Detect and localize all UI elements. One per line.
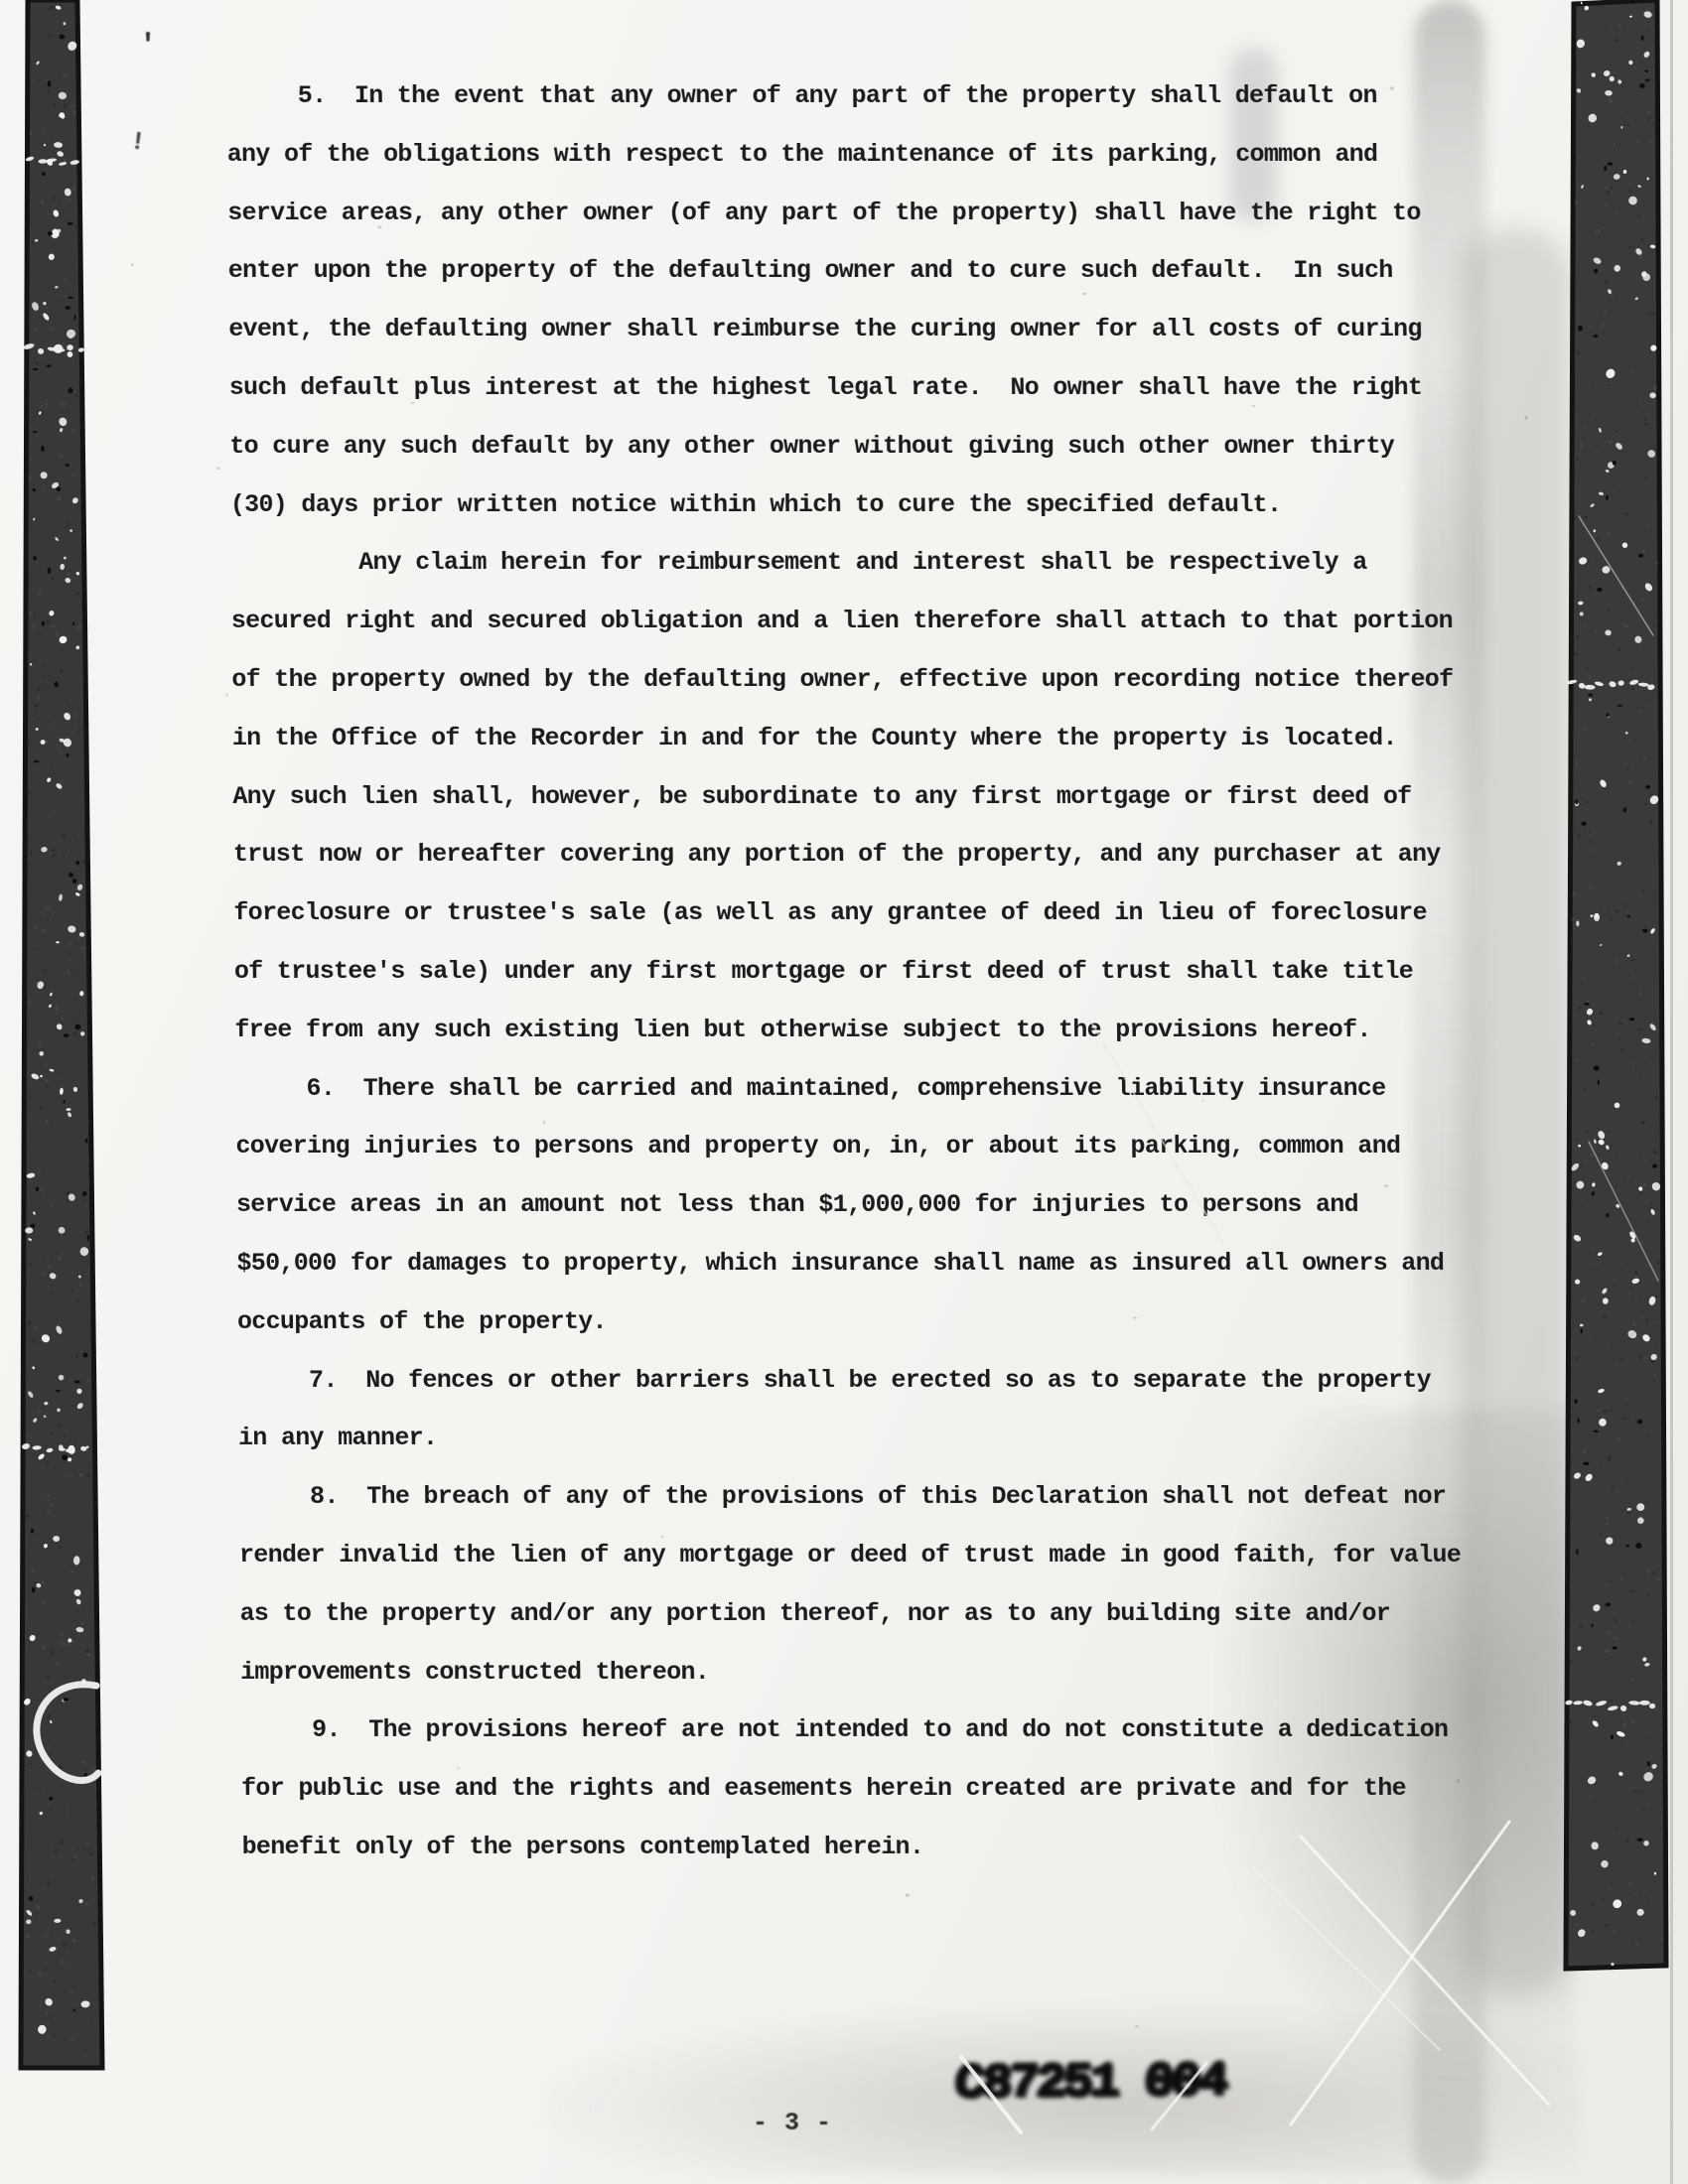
text-line: of trustee's sale) under any first mortg…	[8, 943, 1688, 1002]
text-line: (30) days prior written notice within wh…	[4, 477, 1688, 535]
page-number: - 3 -	[753, 2109, 832, 2137]
text-line: secured right and secured obligation and…	[5, 593, 1688, 651]
text-line: Any claim herein for reimbursement and i…	[4, 534, 1688, 593]
document-text: 5. In the event that any owner of any pa…	[0, 68, 1688, 1877]
text-line: to cure any such default by any other ow…	[3, 418, 1688, 477]
text-line: free from any such existing lien but oth…	[8, 1002, 1688, 1060]
stray-mark: '	[139, 30, 157, 64]
ink-stamp: C87251 004	[953, 2054, 1226, 2111]
text-line: in any manner.	[12, 1410, 1688, 1468]
text-line: enter upon the property of the defaultin…	[2, 242, 1688, 301]
text-line: as to the property and/or any portion th…	[13, 1585, 1688, 1644]
text-line: foreclosure or trustee's sale (as well a…	[7, 885, 1688, 943]
text-line: 9. The provisions hereof are not intende…	[14, 1702, 1688, 1760]
text-line: covering injuries to persons and propert…	[9, 1118, 1688, 1176]
text-line: trust now or hereafter covering any port…	[7, 826, 1688, 885]
text-line: in the Office of the Recorder in and for…	[6, 710, 1688, 768]
text-line: any of the obligations with respect to t…	[1, 126, 1688, 185]
text-line: event, the defaulting owner shall reimbu…	[2, 301, 1688, 359]
text-line: service areas, any other owner (of any p…	[1, 185, 1688, 243]
text-line: 8. The breach of any of the provisions o…	[12, 1468, 1688, 1527]
text-line: service areas in an amount not less than…	[10, 1176, 1688, 1235]
text-line: 5. In the event that any owner of any pa…	[0, 68, 1688, 126]
text-line: occupants of the property.	[11, 1294, 1688, 1352]
text-lines: 5. In the event that any owner of any pa…	[0, 68, 1688, 1877]
text-line: of the property owned by the defaulting …	[5, 651, 1688, 710]
text-line: 7. No fences or other barriers shall be …	[11, 1352, 1688, 1411]
text-line: Any such lien shall, however, be subordi…	[6, 768, 1688, 827]
text-line: $50,000 for damages to property, which i…	[10, 1235, 1688, 1294]
text-line: such default plus interest at the highes…	[3, 359, 1688, 418]
text-line: benefit only of the persons contemplated…	[15, 1819, 1688, 1877]
text-line: for public use and the rights and easeme…	[15, 1760, 1688, 1819]
scanned-document-page: 5. In the event that any owner of any pa…	[0, 0, 1688, 2184]
text-line: render invalid the lien of any mortgage …	[13, 1527, 1688, 1585]
text-line: improvements constructed thereon.	[14, 1644, 1688, 1703]
text-line: 6. There shall be carried and maintained…	[9, 1060, 1688, 1119]
